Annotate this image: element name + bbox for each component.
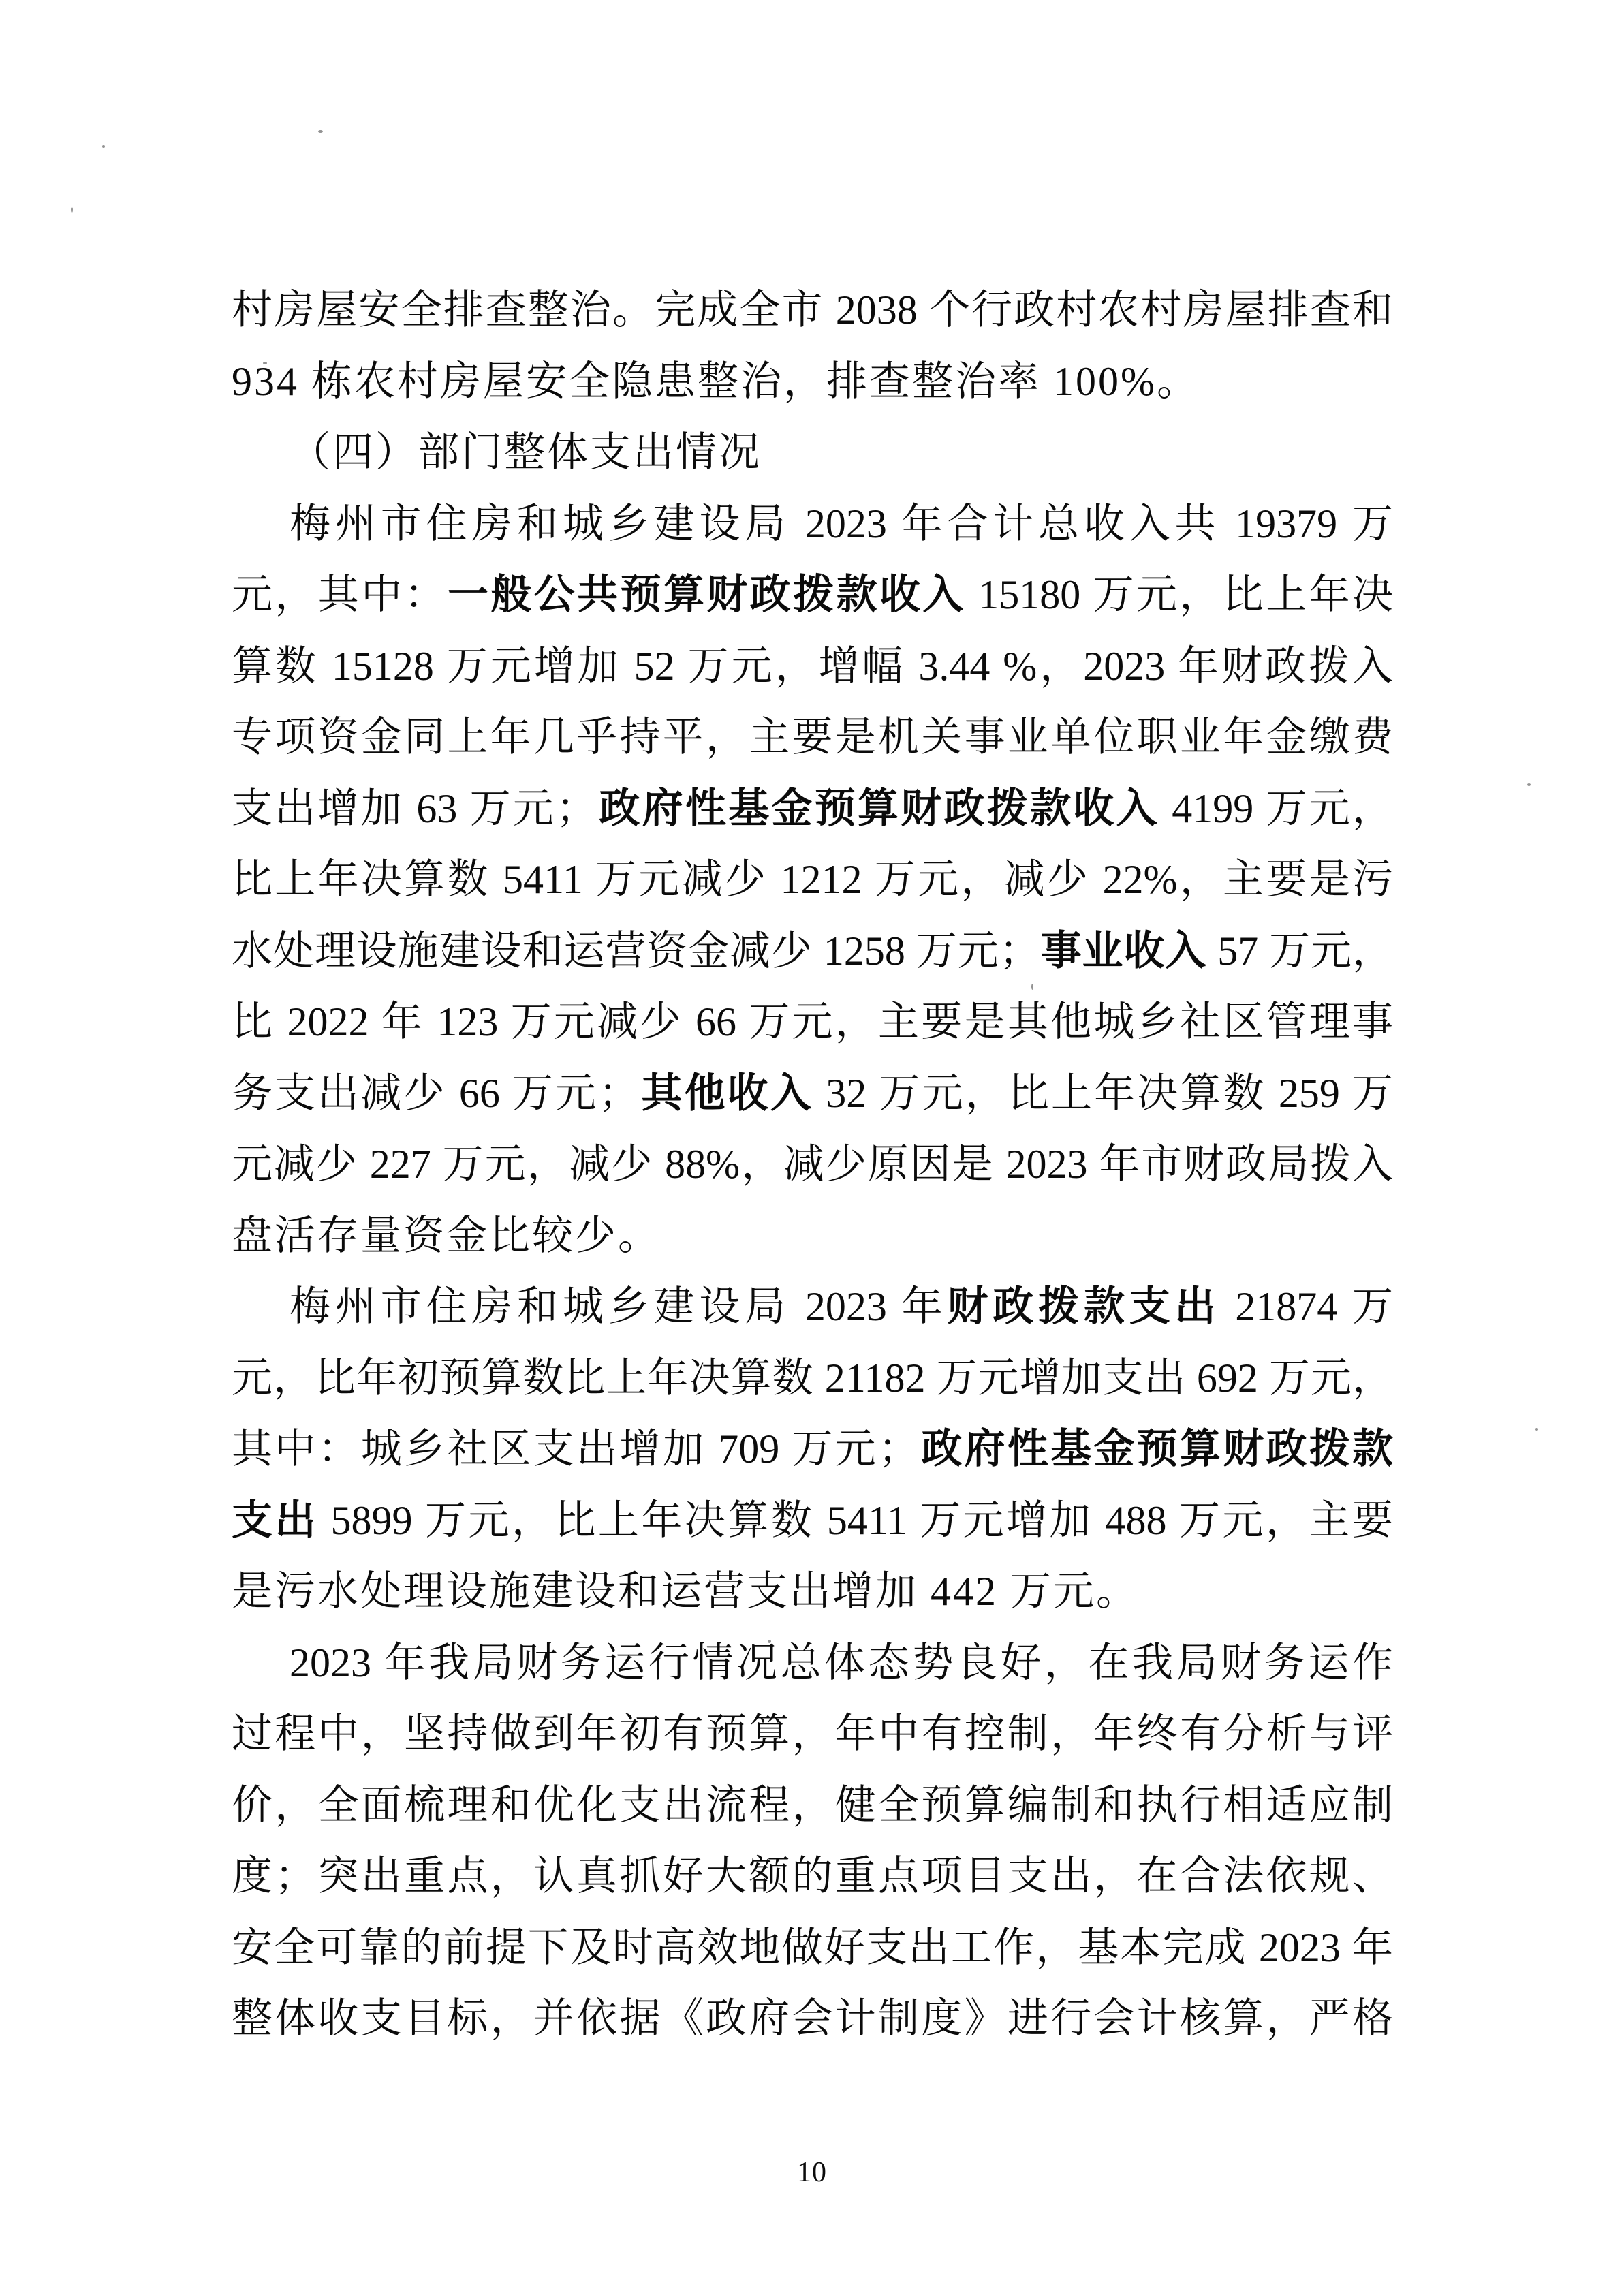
text-run: 57 万元，	[1206, 929, 1393, 973]
text-run: 15180 万元，比上年决	[966, 572, 1393, 617]
text-run: 元，比年初预算数比上年决算数 21182 万元增加支出 692 万元，	[232, 1356, 1393, 1401]
text-run: 盘活存量资金比较少。	[232, 1213, 661, 1258]
text-run: 梅州市住房和城乡建设局 2023 年合计总收入共 19379 万	[290, 501, 1393, 546]
text-run: 价，全面梳理和优化支出流程，健全预算编制和执行相适应制	[232, 1783, 1393, 1828]
text-run: 2023 年我局财务运行情况总体态势良好，在我局财务运作	[290, 1640, 1393, 1685]
text-line: 村房屋安全排查整治。完成全市 2038 个行政村农村房屋排查和	[232, 275, 1393, 346]
text-run: 整体收支目标，并依据《政府会计制度》进行会计核算，严格	[232, 1996, 1393, 2041]
text-run: （四）部门整体支出情况	[290, 430, 762, 475]
text-run: 水处理设施建设和运营资金减少 1258 万元；	[232, 929, 1040, 973]
scan-speck	[1535, 1428, 1538, 1431]
text-run: 元减少 227 万元，减少 88%，减少原因是 2023 年市财政局拨入	[232, 1142, 1393, 1187]
text-run: 4199 万元，	[1159, 786, 1393, 831]
text-run: 支出增加 63 万元；	[232, 786, 597, 831]
text-run: 村房屋安全排查整治。完成全市 2038 个行政村农村房屋排查和	[232, 287, 1393, 332]
text-run: 是污水处理设施建设和运营支出增加 442 万元。	[232, 1569, 1139, 1614]
scan-speck	[71, 207, 73, 213]
text-run: 梅州市住房和城乡建设局 2023 年	[290, 1284, 947, 1329]
scan-speck	[102, 145, 105, 148]
text-line: 梅州市住房和城乡建设局 2023 年财政拨款支出 21874 万	[232, 1271, 1393, 1343]
text-line: 元，其中：一般公共预算财政拨款收入 15180 万元，比上年决	[232, 559, 1393, 631]
text-line: 支出增加 63 万元；政府性基金预算财政拨款收入 4199 万元，	[232, 773, 1393, 845]
text-line: 是污水处理设施建设和运营支出增加 442 万元。	[232, 1556, 1393, 1627]
page-number-label: 10	[0, 2156, 1624, 2189]
text-line: 算数 15128 万元增加 52 万元，增幅 3.44 %，2023 年财政拨入	[232, 631, 1393, 702]
scan-speck	[1527, 783, 1531, 786]
bold-term: 支出	[232, 1498, 318, 1543]
text-line: 934 栋农村房屋安全隐患整治，排查整治率 100%。	[232, 346, 1393, 418]
text-run: 过程中，坚持做到年初有预算，年中有控制，年终有分析与评	[232, 1711, 1393, 1756]
text-run: 元，其中：	[232, 572, 448, 617]
text-line: 度；突出重点，认真抓好大额的重点项目支出，在合法依规、	[232, 1841, 1393, 1912]
bold-term: 政府性基金预算财政拨款	[919, 1426, 1393, 1471]
text-line: 专项资金同上年几乎持平，主要是机关事业单位职业年金缴费	[232, 702, 1393, 773]
text-run: 5899 万元，比上年决算数 5411 万元增加 488 万元，主要	[318, 1498, 1393, 1543]
text-line: 安全可靠的前提下及时高效地做好支出工作，基本完成 2023 年	[232, 1912, 1393, 1984]
bold-term: 一般公共预算财政拨款收入	[448, 572, 966, 617]
text-line: 务支出减少 66 万元；其他收入 32 万元，比上年决算数 259 万	[232, 1058, 1393, 1129]
text-line: 比 2022 年 123 万元减少 66 万元，主要是其他城乡社区管理事	[232, 986, 1393, 1058]
text-run: 度；突出重点，认真抓好大额的重点项目支出，在合法依规、	[232, 1854, 1393, 1899]
text-line: 水处理设施建设和运营资金减少 1258 万元；事业收入 57 万元，	[232, 916, 1393, 987]
text-run: 专项资金同上年几乎持平，主要是机关事业单位职业年金缴费	[232, 715, 1393, 760]
text-run: 其中：城乡社区支出增加 709 万元；	[232, 1426, 919, 1471]
text-line: 比上年决算数 5411 万元减少 1212 万元，减少 22%，主要是污	[232, 844, 1393, 916]
text-line: 盘活存量资金比较少。	[232, 1200, 1393, 1272]
text-line: 整体收支目标，并依据《政府会计制度》进行会计核算，严格	[232, 1983, 1393, 2055]
text-run: 比 2022 年 123 万元减少 66 万元，主要是其他城乡社区管理事	[232, 999, 1393, 1044]
text-run: 934 栋农村房屋安全隐患整治，排查整治率 100%。	[232, 359, 1200, 404]
text-run: 安全可靠的前提下及时高效地做好支出工作，基本完成 2023 年	[232, 1925, 1393, 1970]
text-run: 比上年决算数 5411 万元减少 1212 万元，减少 22%，主要是污	[232, 857, 1393, 902]
document-page: 村房屋安全排查整治。完成全市 2038 个行政村农村房屋排查和934 栋农村房屋…	[0, 0, 1624, 2293]
text-line: （四）部门整体支出情况	[232, 417, 1393, 488]
text-line: 2023 年我局财务运行情况总体态势良好，在我局财务运作	[232, 1627, 1393, 1699]
bold-term: 财政拨款支出	[947, 1284, 1220, 1329]
bold-term: 其他收入	[639, 1071, 813, 1116]
bold-term: 政府性基金预算财政拨款收入	[597, 786, 1159, 831]
scan-speck	[318, 130, 323, 133]
text-line: 元，比年初预算数比上年决算数 21182 万元增加支出 692 万元，	[232, 1343, 1393, 1414]
text-line: 支出 5899 万元，比上年决算数 5411 万元增加 488 万元，主要	[232, 1485, 1393, 1557]
text-line: 梅州市住房和城乡建设局 2023 年合计总收入共 19379 万	[232, 488, 1393, 560]
text-run: 务支出减少 66 万元；	[232, 1071, 639, 1116]
bold-term: 事业收入	[1040, 929, 1207, 973]
text-line: 其中：城乡社区支出增加 709 万元；政府性基金预算财政拨款	[232, 1414, 1393, 1485]
text-line: 过程中，坚持做到年初有预算，年中有控制，年终有分析与评	[232, 1698, 1393, 1770]
text-run: 算数 15128 万元增加 52 万元，增幅 3.44 %，2023 年财政拨入	[232, 644, 1393, 689]
text-line: 元减少 227 万元，减少 88%，减少原因是 2023 年市财政局拨入	[232, 1129, 1393, 1200]
text-line: 价，全面梳理和优化支出流程，健全预算编制和执行相适应制	[232, 1770, 1393, 1841]
text-run: 21874 万	[1220, 1284, 1393, 1329]
text-run: 32 万元，比上年决算数 259 万	[813, 1071, 1393, 1116]
text-block: 村房屋安全排查整治。完成全市 2038 个行政村农村房屋排查和934 栋农村房屋…	[232, 275, 1393, 2055]
